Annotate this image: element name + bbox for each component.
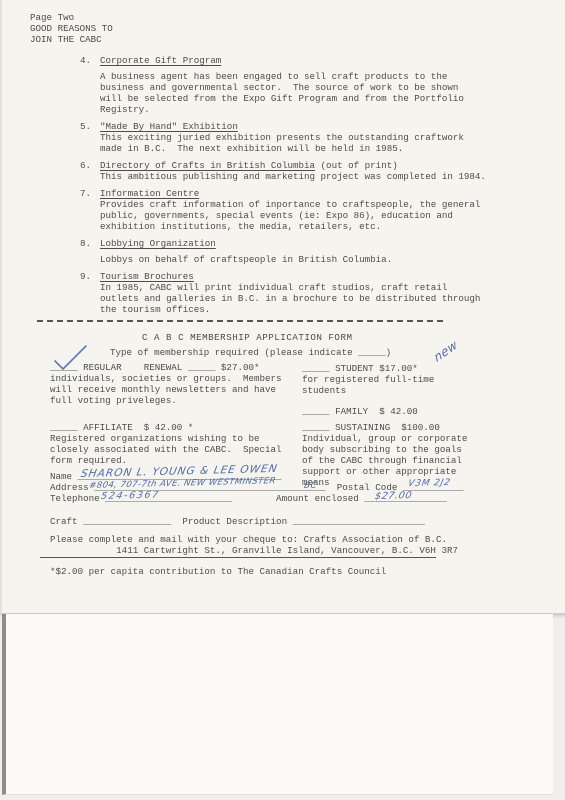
reason-title: "Made By Hand" Exhibition	[100, 121, 464, 132]
reasons-list: 4. Corporate Gift Program A business age…	[80, 55, 510, 321]
reason-title: Tourism Brochures	[100, 271, 480, 282]
dashed-separator	[37, 320, 443, 322]
checkmark-icon	[52, 343, 90, 373]
reason-body: In 1985, CABC will print individual craf…	[100, 282, 480, 315]
reason-body: A business agent has been engaged to sel…	[100, 71, 464, 115]
reason-title: Corporate Gift Program	[100, 55, 464, 66]
mail-instructions: Please complete and mail with your chequ…	[50, 534, 458, 556]
reason-number: 8.	[80, 238, 100, 265]
reason-item-5: 5. "Made By Hand" Exhibition This exciti…	[80, 121, 510, 154]
reason-title: Information Centre	[100, 188, 480, 199]
page-header: Page Two GOOD REASONS TO JOIN THE CABC	[30, 12, 113, 45]
membership-option-student: _____ STUDENT $17.00* for registered ful…	[302, 363, 434, 396]
reason-item-4: 4. Corporate Gift Program A business age…	[80, 55, 510, 115]
reason-number: 7.	[80, 188, 100, 232]
annotation-new-handwriting: new	[432, 337, 460, 365]
reason-body: This ambitious publishing and marketing …	[100, 171, 486, 182]
reason-number: 6.	[80, 160, 100, 182]
reason-item-8: 8. Lobbying Organization Lobbys on behal…	[80, 238, 510, 265]
page-two-blank	[2, 614, 553, 795]
address-underline-rule	[40, 557, 436, 558]
reason-number: 5.	[80, 121, 100, 154]
postal-code-handwritten-value: V3M 2J2	[407, 478, 451, 489]
footnote: *$2.00 per capita contribution to The Ca…	[50, 566, 386, 577]
reason-number: 9.	[80, 271, 100, 315]
reason-title: Lobbying Organization	[100, 238, 392, 249]
reason-title: Directory of Crafts in British Columbia …	[100, 160, 486, 171]
page-one: Page Two GOOD REASONS TO JOIN THE CABC 4…	[0, 0, 565, 614]
province-handwritten-value: BC	[303, 481, 318, 491]
reason-number: 4.	[80, 55, 100, 115]
reason-body: This exciting juried exhibition presents…	[100, 132, 464, 154]
telephone-handwritten-value: 524-6367	[100, 489, 161, 502]
form-subtitle: Type of membership required (please indi…	[110, 347, 391, 358]
reason-body: Provides craft information of inportance…	[100, 199, 480, 232]
reason-body: Lobbys on behalf of craftspeople in Brit…	[100, 254, 392, 265]
reason-item-6: 6. Directory of Crafts in British Columb…	[80, 160, 510, 182]
scanned-document: Page Two GOOD REASONS TO JOIN THE CABC 4…	[0, 0, 565, 800]
craft-field-line: Craft ________________ Product Descripti…	[50, 516, 425, 527]
reason-item-7: 7. Information Centre Provides craft inf…	[80, 188, 510, 232]
membership-option-affiliate: _____ AFFILIATE $ 42.00 * Registered org…	[50, 422, 282, 466]
amount-handwritten-value: $27.00	[374, 490, 413, 502]
form-title: C A B C MEMBERSHIP APPLICATION FORM	[142, 332, 352, 343]
membership-option-family: _____ FAMILY $ 42.00	[302, 406, 418, 417]
reason-item-9: 9. Tourism Brochures In 1985, CABC will …	[80, 271, 510, 315]
